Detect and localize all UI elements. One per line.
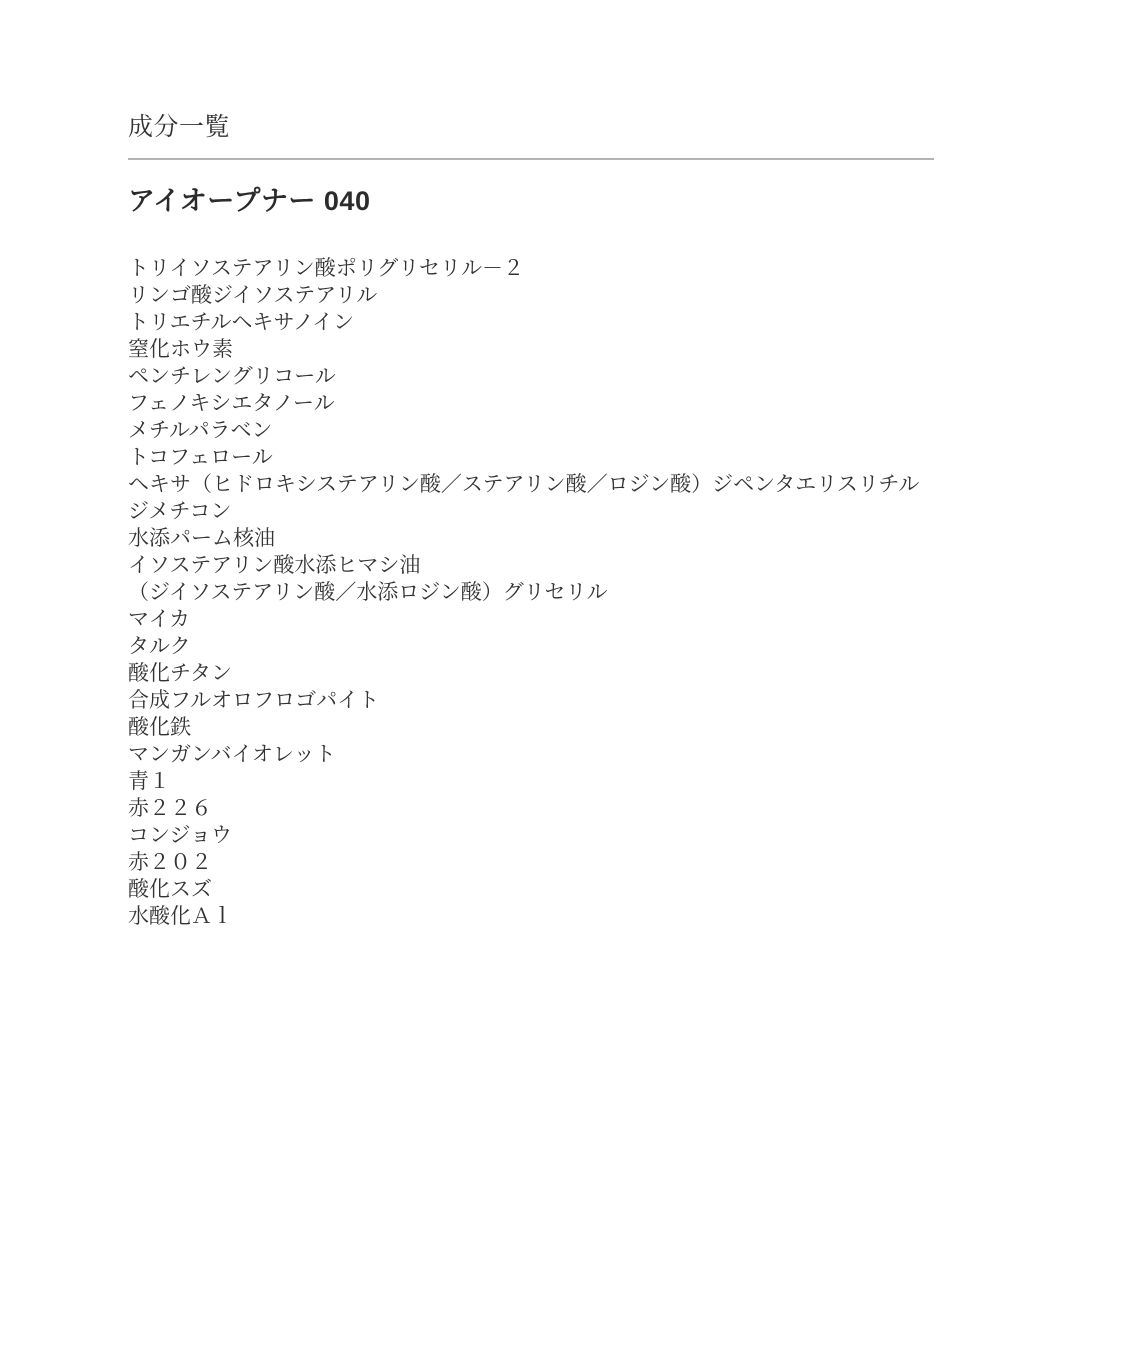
ingredient-item: タルク [128, 633, 934, 660]
ingredient-item: （ジイソステアリン酸／水添ロジン酸）グリセリル [128, 579, 934, 606]
ingredient-item: メチルパラベン [128, 417, 934, 444]
ingredient-item: フェノキシエタノール [128, 390, 934, 417]
ingredient-item: ヘキサ（ヒドロキシステアリン酸／ステアリン酸／ロジン酸）ジペンタエリスリチル [128, 471, 934, 498]
ingredient-item: 酸化チタン [128, 660, 934, 687]
ingredient-item: トリイソステアリン酸ポリグリセリル－２ [128, 255, 934, 282]
ingredient-item: 青１ [128, 768, 934, 795]
ingredient-item: マイカ [128, 606, 934, 633]
ingredient-item: コンジョウ [128, 822, 934, 849]
ingredients-page: 成分一覧 アイオープナー 040 トリイソステアリン酸ポリグリセリル－２リンゴ酸… [0, 0, 934, 930]
ingredient-item: 赤２０２ [128, 849, 934, 876]
ingredient-item: リンゴ酸ジイソステアリル [128, 282, 934, 309]
product-name: アイオープナー 040 [128, 184, 934, 218]
ingredient-item: 合成フルオロフロゴパイト [128, 687, 934, 714]
ingredient-item: トコフェロール [128, 444, 934, 471]
ingredient-item: イソステアリン酸水添ヒマシ油 [128, 552, 934, 579]
ingredient-item: トリエチルヘキサノイン [128, 309, 934, 336]
page-title: 成分一覧 [128, 112, 934, 143]
ingredient-item: 水添パーム核油 [128, 525, 934, 552]
ingredient-item: ペンチレングリコール [128, 363, 934, 390]
divider [128, 158, 934, 160]
ingredient-item: ジメチコン [128, 498, 934, 525]
ingredient-item: 窒化ホウ素 [128, 336, 934, 363]
ingredient-item: 酸化鉄 [128, 714, 934, 741]
ingredient-item: 赤２２６ [128, 795, 934, 822]
ingredient-item: 酸化スズ [128, 876, 934, 903]
ingredient-list: トリイソステアリン酸ポリグリセリル－２リンゴ酸ジイソステアリルトリエチルヘキサノ… [128, 255, 934, 930]
ingredient-item: マンガンバイオレット [128, 741, 934, 768]
ingredient-item: 水酸化Ａｌ [128, 903, 934, 930]
